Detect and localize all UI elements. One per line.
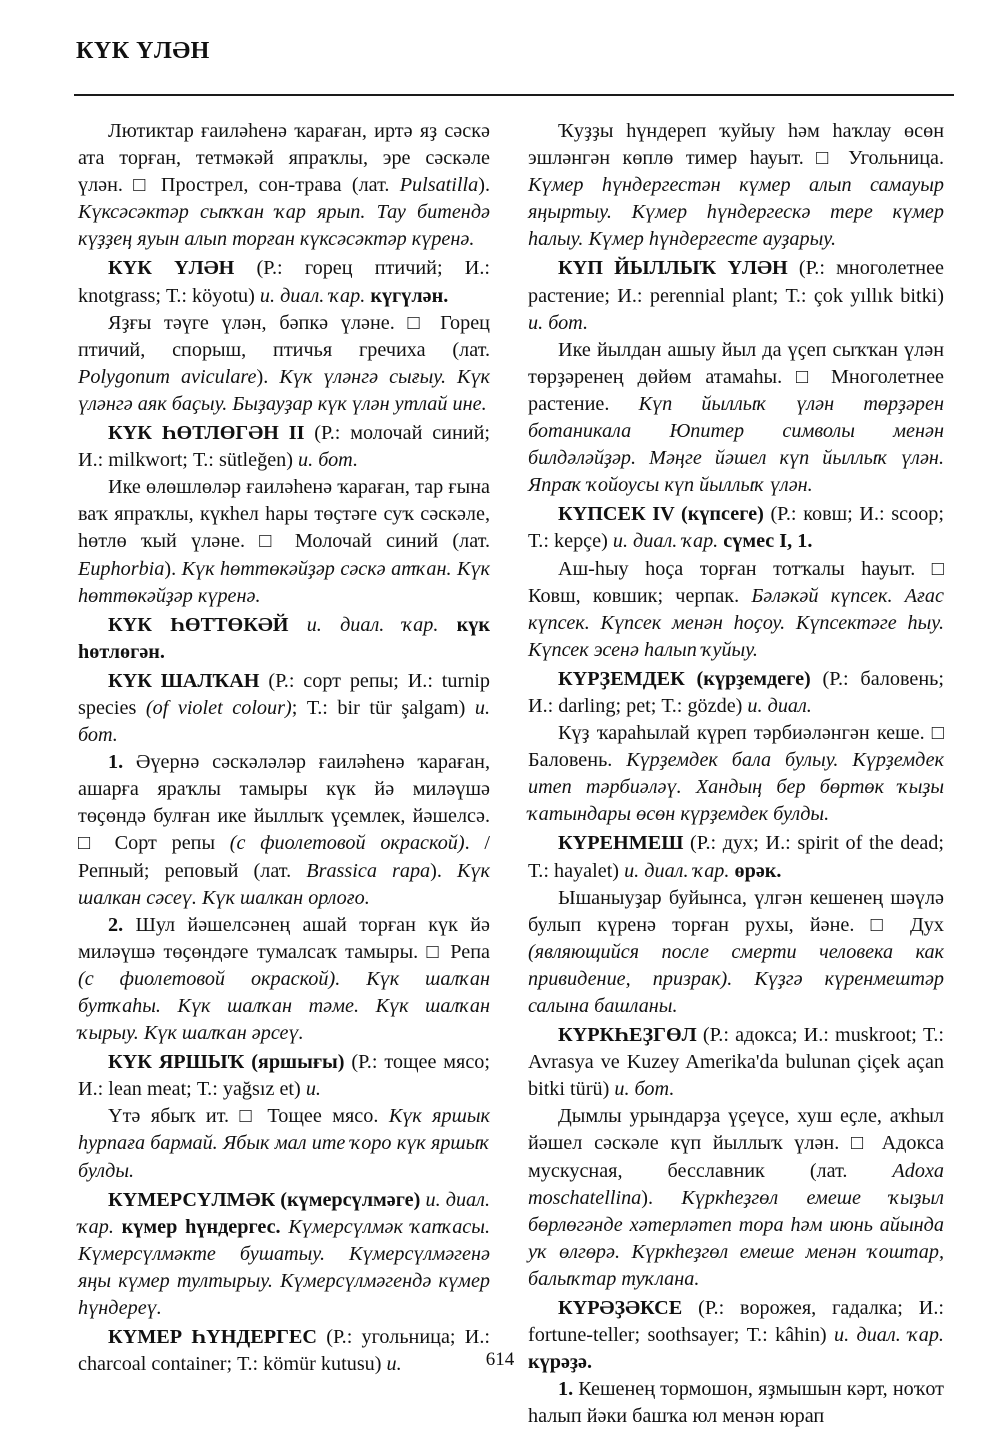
dictionary-entry: КҮК ҮЛӘН (Р.: горец птичий; И.: knotgras… <box>78 255 490 418</box>
bold-text: 2. <box>108 914 123 936</box>
bold-text: 1. <box>108 751 123 773</box>
headword: КҮК ҮЛӘН <box>108 257 234 279</box>
entry-paragraph: Үтә ябыҡ ит. □ Тощее мясо. Күк яршык һур… <box>78 1103 490 1184</box>
entry-paragraph: Ике йылдан ашыу йыл да үҫеп сыҡҡан үлән … <box>528 337 944 500</box>
italic-text: и. бот. <box>528 312 588 334</box>
dictionary-entry: КҮРКҺЕҘГӨЛ (Р.: адокса; И.: muskroot; Т.… <box>528 1022 944 1293</box>
italic-text: Euphorbia <box>78 558 164 580</box>
headword: КҮП ЙЫЛЛЫҠ ҮЛӘН <box>558 257 788 279</box>
italic-text: и. диал. <box>747 695 811 717</box>
text-run: Ҡуҙҙы һүндереп ҡуйыу һәм һаҡлау өсөн эшл… <box>528 120 944 169</box>
entry-head-paragraph: КҮК ЯРШЫҠ (яршығы) (Р.: тощее мясо; И.: … <box>78 1049 490 1103</box>
entry-paragraph: Ҡуҙҙы һүндереп ҡуйыу һәм һаҡлау өсөн эшл… <box>528 118 944 253</box>
entry-head-paragraph: КҮРҘЕМДЕК (күрҙемдеге) (Р.: баловень; И.… <box>528 666 944 720</box>
italic-text: и. диал. ҡар. <box>624 860 729 882</box>
italic-text: и. диал. ҡар. <box>613 530 718 552</box>
bold-text: 1. <box>558 1378 573 1400</box>
dictionary-entry: КҮП ЙЫЛЛЫҠ ҮЛӘН (Р.: многолетнее растени… <box>528 255 944 499</box>
dictionary-entry: КҮК ҺӨТЛӨГӘН II (Р.: молочай синий; И.: … <box>78 420 490 610</box>
italic-text: и. диал. ҡар. <box>288 614 438 636</box>
dictionary-entry: КҮРҘЕМДЕК (күрҙемдеге) (Р.: баловень; И.… <box>528 666 944 829</box>
italic-text: и. бот. <box>298 449 358 471</box>
headword: КҮК ҺӨТТӨКӘЙ <box>108 614 288 636</box>
entry-head-paragraph: КҮРЕНМЕШ (Р.: дух; И.: spirit of the dea… <box>528 830 944 884</box>
bold-text: өрәк. <box>729 860 781 882</box>
entry-paragraph: Ышаныуҙар буйынса, үлгән кешенең шәүлә б… <box>528 885 944 1020</box>
text-run: Шул йәшелсәнең ашай торған күк йә миләүш… <box>78 914 490 963</box>
entry-head-paragraph: КҮК ҺӨТЛӨГӘН II (Р.: молочай синий; И.: … <box>78 420 490 474</box>
text-run: ). <box>257 366 280 388</box>
dictionary-entry: КҮК ШАЛҠАН (Р.: сорт репы; И.: turnip sp… <box>78 668 490 1047</box>
headword: КҮМЕР ҺҮНДЕРГЕС <box>108 1326 317 1348</box>
italic-text: (являющийся после смерти человека как пр… <box>528 941 944 1017</box>
entry-continuation: Ҡуҙҙы һүндереп ҡуйыу һәм һаҡлау өсөн эшл… <box>528 118 944 253</box>
entry-paragraph: Лютиктар ғаиләһенә ҡараған, иртә яҙ сәск… <box>78 118 490 253</box>
text-run: ; Т.: bir tür şalgam) <box>292 697 475 719</box>
headword: КҮПСЕК IV (күпсеге) <box>558 503 764 525</box>
text-run: Ышаныуҙар буйынса, үлгән кешенең шәүлә б… <box>528 887 944 936</box>
entry-paragraph: 1. Кешенең тормошон, яҙмышын кәрт, ноҡот… <box>528 1376 944 1430</box>
entry-paragraph: Дымлы урындарҙа үҫеүсе, хуш еҫле, аҡһыл … <box>528 1103 944 1293</box>
entry-paragraph: 2. Шул йәшелсәнең ашай торған күк йә мил… <box>78 912 490 1047</box>
italic-text: и. диал. ҡар. <box>260 285 365 307</box>
entry-paragraph: Аш-һыу һоҫа торған тотҡалы һауыт. □ Ковш… <box>528 556 944 664</box>
running-head: КҮК ҮЛӘН <box>76 38 210 65</box>
italic-text: Күксәсәктәр сыҡҡан ҡар ярып. Тау битендә… <box>78 201 490 250</box>
entry-head-paragraph: КҮРКҺЕҘГӨЛ (Р.: адокса; И.: muskroot; Т.… <box>528 1022 944 1103</box>
italic-text: и. <box>306 1078 321 1100</box>
headword: КҮК ЯРШЫҠ (яршығы) <box>108 1051 345 1073</box>
right-column: Ҡуҙҙы һүндереп ҡуйыу һәм һаҡлау өсөн эшл… <box>528 118 944 1433</box>
bold-text: күмер һүндергес. <box>114 1216 281 1238</box>
dictionary-entry: КҮПСЕК IV (күпсеге) (Р.: ковш; И.: scoop… <box>528 501 944 664</box>
header-rule <box>74 94 954 96</box>
headword: КҮРКҺЕҘГӨЛ <box>558 1024 697 1046</box>
headword: КҮРЕНМЕШ <box>558 832 683 854</box>
italic-text: (с фиолетовой окраской) <box>230 832 465 854</box>
entry-paragraph: 1. Әүернә сәскәләләр ғаиләһенә ҡараған, … <box>78 749 490 912</box>
bold-text: күгүлән. <box>365 285 448 307</box>
italic-text: и. диал. ҡар. <box>834 1324 944 1346</box>
entry-head-paragraph: КҮК ҺӨТТӨКӘЙ и. диал. ҡар. күк һөтлөгән. <box>78 612 490 666</box>
headword: КҮРӘҘӘКСЕ <box>558 1297 682 1319</box>
italic-text: Күмер һүндергестән күмер алып самауыр яң… <box>528 174 944 250</box>
text-run: Үтә ябыҡ ит. □ Тощее мясо. <box>108 1105 389 1127</box>
headword: КҮМЕРСҮЛМӘК (күмерсүлмәге) <box>108 1189 420 1211</box>
text-run: ). <box>641 1187 681 1209</box>
entry-head-paragraph: КҮК ШАЛҠАН (Р.: сорт репы; И.: turnip sp… <box>78 668 490 749</box>
headword: КҮК ШАЛҠАН <box>108 670 260 692</box>
entry-continuation: Лютиктар ғаиләһенә ҡараған, иртә яҙ сәск… <box>78 118 490 253</box>
entry-head-paragraph: КҮПСЕК IV (күпсеге) (Р.: ковш; И.: scoop… <box>528 501 944 555</box>
text-run: Яҙғы тәүге үлән, бәпкә үләне. □ Горец пт… <box>78 312 490 361</box>
text-run: Дымлы урындарҙа үҫеүсе, хуш еҫле, аҡһыл … <box>528 1105 944 1181</box>
entry-paragraph: Яҙғы тәүге үлән, бәпкә үләне. □ Горец пт… <box>78 310 490 418</box>
italic-text: (of violet colour) <box>146 697 292 719</box>
dictionary-entry: КҮРЕНМЕШ (Р.: дух; И.: spirit of the dea… <box>528 830 944 1020</box>
entry-paragraph: Күҙ ҡараһылай күреп тәрбиәләнгән кеше. □… <box>528 720 944 828</box>
dictionary-entry: КҮК ҺӨТТӨКӘЙ и. диал. ҡар. күк һөтлөгән. <box>78 612 490 666</box>
italic-text: Polygonum aviculare <box>78 366 257 388</box>
italic-text: (с фиолетовой окраской). Күк шалҡан бутҡ… <box>78 968 490 1044</box>
page-number: 614 <box>0 1349 1000 1371</box>
italic-text: Brassica rapa <box>306 860 430 882</box>
entry-head-paragraph: КҮП ЙЫЛЛЫҠ ҮЛӘН (Р.: многолетнее растени… <box>528 255 944 336</box>
headword: КҮК ҺӨТЛӨГӘН II <box>108 422 304 444</box>
entry-head-paragraph: КҮК ҮЛӘН (Р.: горец птичий; И.: knotgras… <box>78 255 490 309</box>
bold-text: сүмес I, 1. <box>718 530 812 552</box>
dictionary-entry: КҮМЕРСҮЛМӘК (күмерсүлмәге) и. диал. ҡар.… <box>78 1187 490 1322</box>
text-run: ). <box>164 558 181 580</box>
italic-text: Pulsatilla <box>400 174 479 196</box>
text-run: ). <box>430 860 457 882</box>
left-column: Лютиктар ғаиләһенә ҡараған, иртә яҙ сәск… <box>78 118 490 1380</box>
text-run: ). <box>478 174 490 196</box>
dictionary-entry: КҮК ЯРШЫҠ (яршығы) (Р.: тощее мясо; И.: … <box>78 1049 490 1184</box>
italic-text: и. бот. <box>614 1078 674 1100</box>
entry-head-paragraph: КҮМЕРСҮЛМӘК (күмерсүлмәге) и. диал. ҡар.… <box>78 1187 490 1322</box>
text-run: Кешенең тормошон, яҙмышын кәрт, ноҡот һа… <box>528 1378 944 1427</box>
entry-paragraph: Ике өлөшлөләр ғаиләһенә ҡараған, тар ғын… <box>78 474 490 609</box>
headword: КҮРҘЕМДЕК (күрҙемдеге) <box>558 668 811 690</box>
text-run: Ике өлөшлөләр ғаиләһенә ҡараған, тар ғын… <box>78 476 490 552</box>
